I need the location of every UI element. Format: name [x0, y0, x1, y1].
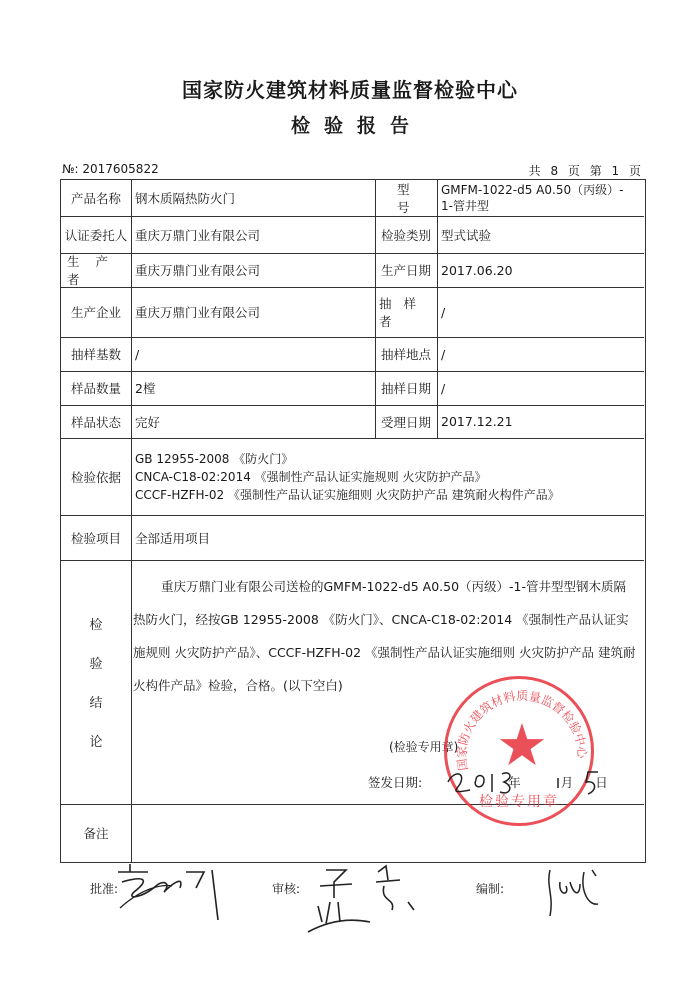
label-sampling-base: 抽样基数: [61, 337, 131, 371]
label-model: 型 号: [375, 180, 437, 216]
value-sampler: /: [437, 287, 644, 337]
approver-signature: [112, 858, 242, 928]
label-sample-condition: 样品状态: [61, 405, 131, 438]
value-sample-condition: 完好: [131, 405, 375, 438]
value-sampling-location: /: [437, 337, 644, 371]
value-sample-quantity: 2樘: [131, 371, 375, 405]
org-title: 国家防火建筑材料质量监督检验中心: [0, 74, 700, 103]
basis-line: CNCA-C18-02:2014 《强制性产品认证实施规则 火灾防护产品》: [135, 468, 486, 486]
label-production-date: 生产日期: [375, 253, 437, 287]
issue-date-label: 签发日期:: [368, 775, 422, 790]
label-inspection-type: 检验类别: [375, 216, 437, 253]
label-sampler: 抽 样 者: [375, 287, 437, 337]
handwritten-date: [440, 760, 620, 800]
label-client: 认证委托人: [61, 216, 131, 253]
value-manufacturer: 重庆万鼎门业有限公司: [131, 287, 375, 337]
basis-line: CCCF-HZFH-02 《强制性产品认证实施细则 火灾防护产品 建筑耐火构件产…: [135, 486, 560, 504]
label-inspection-basis: 检验依据: [61, 438, 131, 515]
value-inspection-items: 全部适用项目: [131, 515, 644, 560]
label-producer: 生 产 者: [61, 253, 131, 287]
compile-label: 编制:: [476, 880, 504, 897]
doc-title: 检验报告: [0, 111, 700, 138]
label-manufacturer: 生产企业: [61, 287, 131, 337]
value-inspection-basis: GB 12955-2008 《防火门》 CNCA-C18-02:2014 《强制…: [131, 438, 644, 515]
review-label: 审核:: [272, 880, 300, 897]
page-info: 共 8 页 第 1 页: [529, 162, 644, 179]
value-sampling-date: /: [437, 371, 644, 405]
doc-number-label: №:: [62, 162, 79, 176]
basis-line: GB 12955-2008 《防火门》: [135, 450, 293, 468]
value-production-date: 2017.06.20: [437, 253, 644, 287]
label-sample-quantity: 样品数量: [61, 371, 131, 405]
value-sampling-base: /: [131, 337, 375, 371]
label-inspection-items: 检验项目: [61, 515, 131, 560]
label-acceptance-date: 受理日期: [375, 405, 437, 438]
label-product-name: 产品名称: [61, 180, 131, 216]
doc-number-value: 2017605822: [82, 162, 158, 176]
value-acceptance-date: 2017.12.21: [437, 405, 644, 438]
compiler-signature: [540, 866, 620, 926]
value-model: GMFM-1022-d5 A0.50（丙级）- 1-管井型: [437, 180, 644, 216]
value-model-line1: GMFM-1022-d5 A0.50（丙级）-: [441, 182, 623, 198]
value-model-line2: 1-管井型: [441, 198, 489, 214]
value-product-name: 钢木质隔热防火门: [131, 180, 375, 216]
official-seal: 国家防火建筑材料质量监督检验中心 ★ 检验专用章: [444, 676, 594, 826]
label-sampling-location: 抽样地点: [375, 337, 437, 371]
label-remarks: 备注: [61, 804, 131, 862]
doc-number: №: 2017605822: [62, 162, 159, 176]
value-producer: 重庆万鼎门业有限公司: [131, 253, 375, 287]
label-sampling-date: 抽样日期: [375, 371, 437, 405]
value-inspection-type: 型式试验: [437, 216, 644, 253]
reviewer-signature: [300, 862, 440, 934]
value-client: 重庆万鼎门业有限公司: [131, 216, 375, 253]
